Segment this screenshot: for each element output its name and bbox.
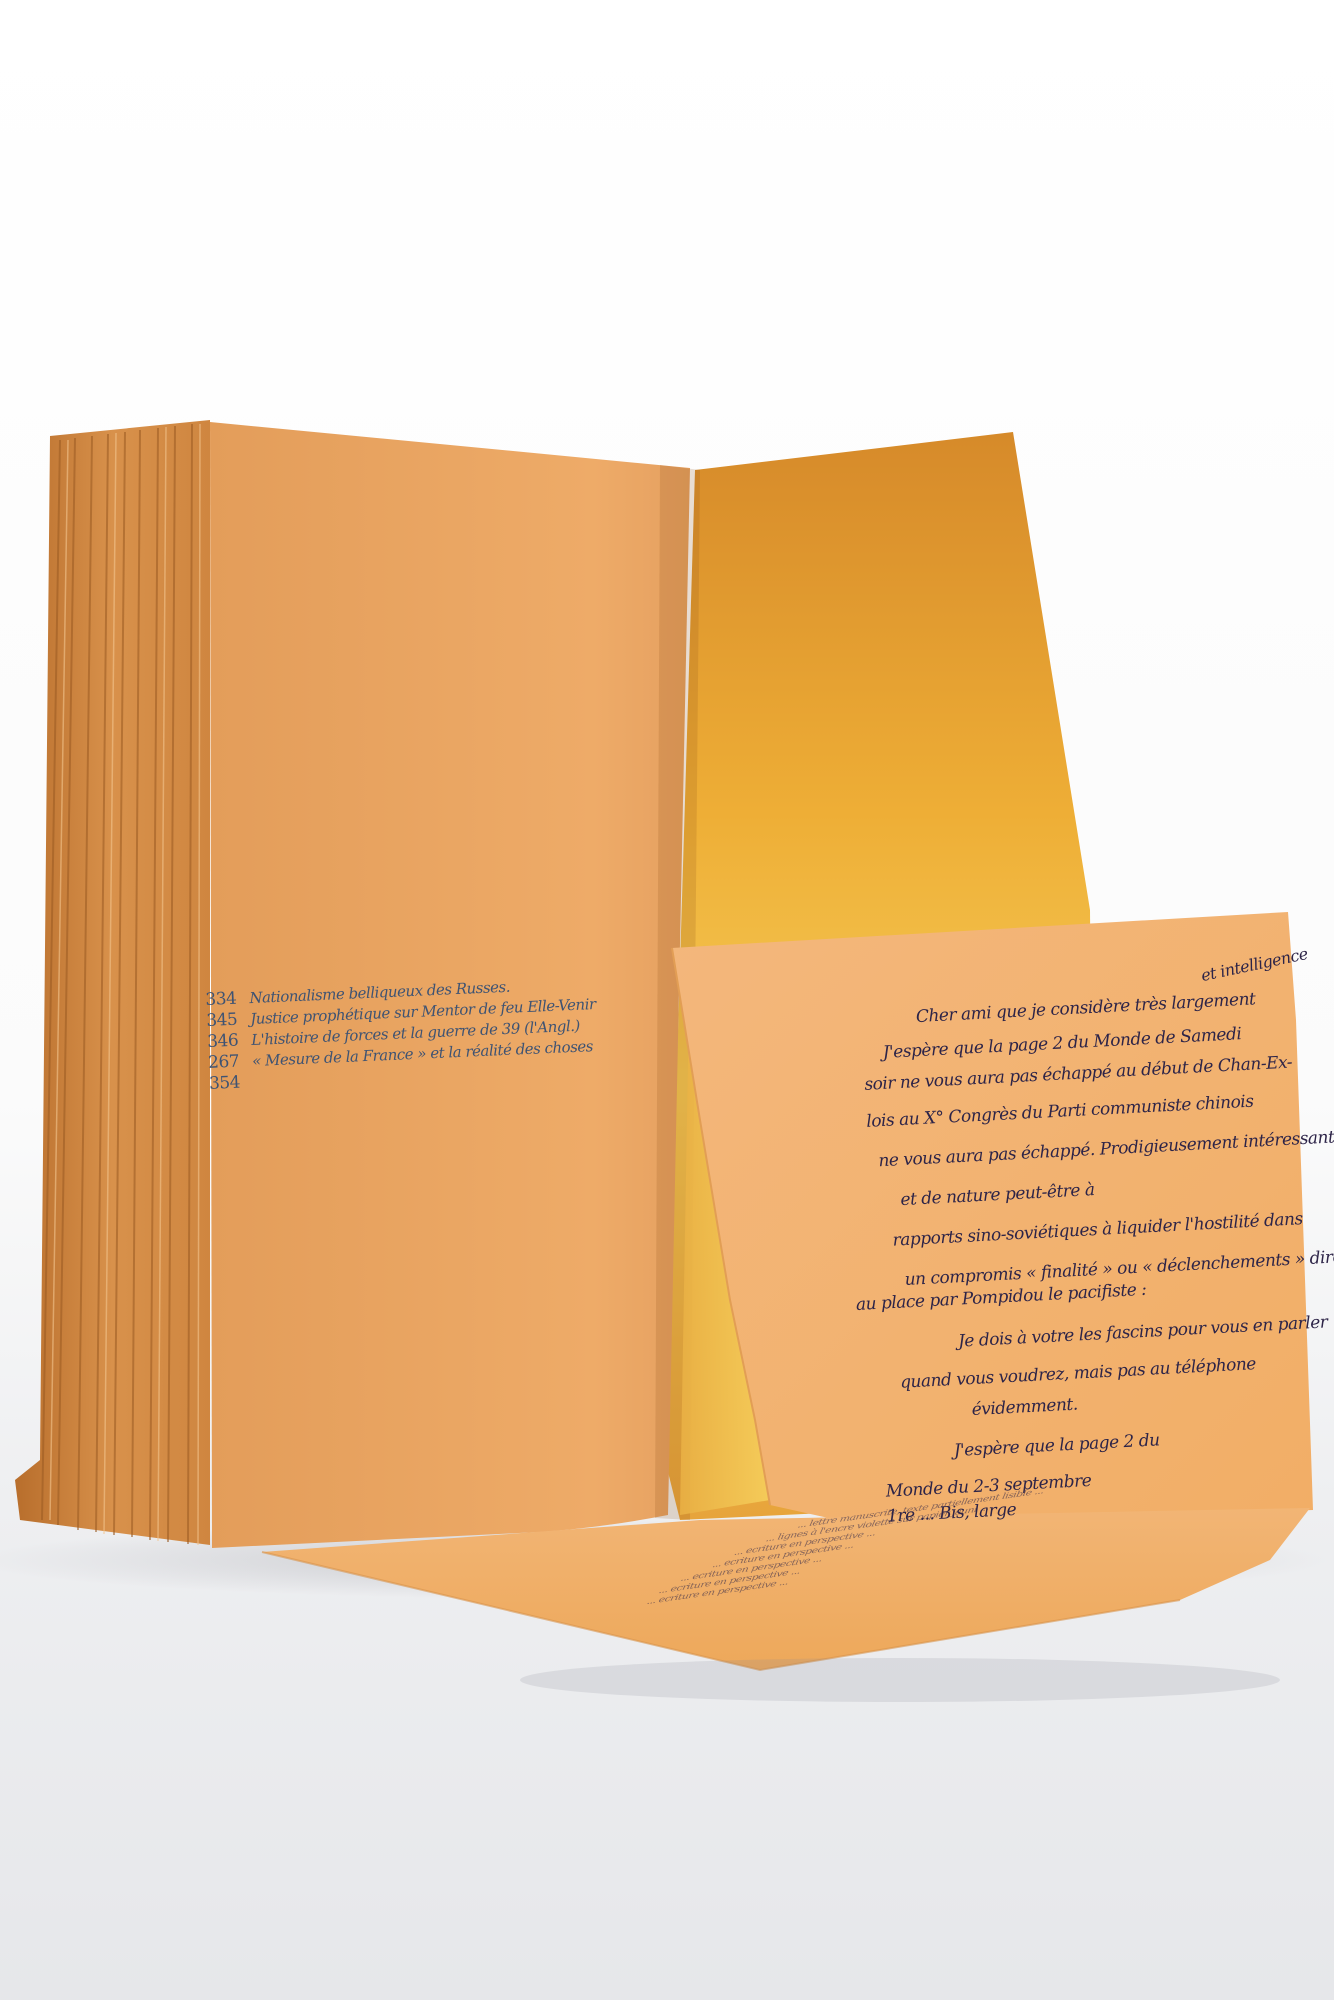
photo-scene: 334Nationalisme belliqueux des Russes. 3…	[0, 0, 1334, 2000]
letter-body-continued: au place par Pompidou le pacifiste : Je …	[855, 1260, 1334, 1530]
letter-body: Cher ami que je considère très largement…	[860, 975, 1334, 1302]
left-page-annotations: 334Nationalisme belliqueux des Russes. 3…	[205, 973, 599, 1095]
